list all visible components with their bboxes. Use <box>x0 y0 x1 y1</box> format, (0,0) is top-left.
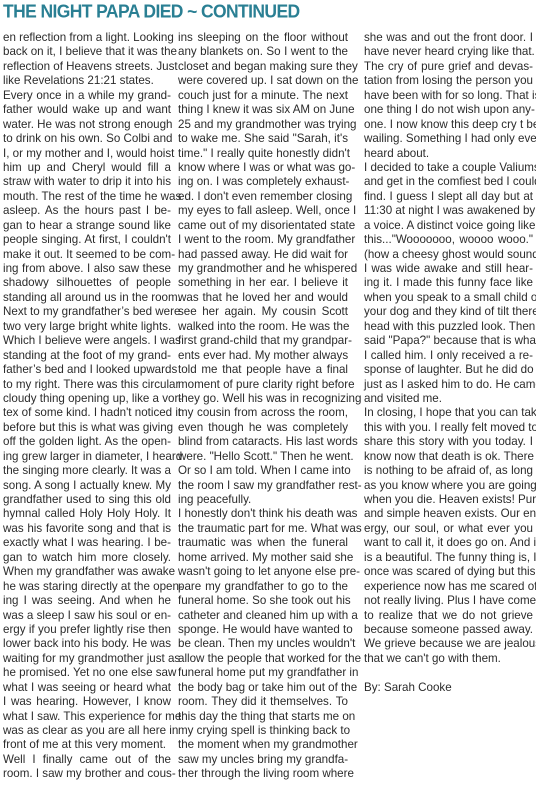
article-text-line: said "Papa?" because that is what <box>364 334 533 348</box>
article-text-line: thing I knew it was six AM on June <box>178 103 348 117</box>
article-text-line: as you know where you are going <box>364 479 533 493</box>
article-text-line: standing all around us in the room. <box>3 291 171 305</box>
article-text-line: even though he was completely <box>178 421 348 435</box>
article-text-line: waiting for my grandmother just as <box>3 652 171 666</box>
article-text-line: what I saw. This experience for me <box>3 710 171 724</box>
article-title: THE NIGHT PAPA DIED ~ CONTINUED <box>3 1 300 22</box>
article-text-line: straw with water to drip it into his <box>3 175 171 189</box>
article-text-line: want to call it, it does go on. And it <box>364 536 533 550</box>
article-text-line: Every once in a while my grand- <box>3 89 171 103</box>
article-text-line: before but this is what was giving <box>3 421 171 435</box>
article-text-line: when you speak to a small child or <box>364 291 533 305</box>
article-text-line: mouth. The rest of the time he was <box>3 190 171 204</box>
article-text-line: wailing. Something I had only ever <box>364 132 533 146</box>
article-text-line: they go. Well his was in recognizing <box>178 392 348 406</box>
article-text-line: this..."Wooooooo, woooo wooo." <box>364 233 533 247</box>
article-text-line: make it out. It seemed to be com- <box>3 248 171 262</box>
article-text-line: the room I saw my grandfather rest- <box>178 479 348 493</box>
article-column-1: en reflection from a light. Lookingback … <box>3 31 171 782</box>
article-text-line: came out of my disorientated state <box>178 219 348 233</box>
article-text-line: my grandmother and he whispered <box>178 262 348 276</box>
article-text-line: ther through the living room where <box>178 767 348 781</box>
article-text-line: have been with for so long. That is <box>364 89 533 103</box>
article-text-line: time." I really quite honestly didn't <box>178 147 348 161</box>
article-text-line: walked into the room. He was the <box>178 320 348 334</box>
article-text-line: heard about. <box>364 147 533 161</box>
article-text-line: sponse of laughter. But he did do <box>364 363 533 377</box>
article-text-line: was as clear as you are all here in <box>3 724 171 738</box>
article-text-line: en reflection from a light. Looking <box>3 31 171 45</box>
article-text-line: ed. I don't even remember closing <box>178 190 348 204</box>
article-text-line: and simple heaven exists. Our en- <box>364 507 533 521</box>
article-text-line: ing on. I was completely exhaust- <box>178 175 348 189</box>
article-text-line: is a beautiful. The funny thing is, I <box>364 551 533 565</box>
article-text-line: share this story with you today. I <box>364 435 533 449</box>
article-text-line: saw my uncles bring my grandfa- <box>178 753 348 767</box>
article-text-line: Which I believe were angels. I was <box>3 334 171 348</box>
article-text-line: something in her ear. I believe it <box>178 276 348 290</box>
article-text-line: not really living. Plus I have come <box>364 594 533 608</box>
article-text-line: couch just for a minute. The next <box>178 89 348 103</box>
article-text-line: to realize that we do not grieve <box>364 609 533 623</box>
article-text-line: lower back into his body. He was <box>3 637 171 651</box>
article-text-line: The cry of pure grief and devas- <box>364 60 533 74</box>
article-text-line: gan to hear a strange sound like <box>3 219 171 233</box>
article-text-line: first grand-child that my grandpar- <box>178 334 348 348</box>
article-text-line: a voice. A distinct voice going like <box>364 219 533 233</box>
article-text-line: had passed away. He did wait for <box>178 248 348 262</box>
article-text-line: room. They did it themselves. To <box>178 695 348 709</box>
article-text-line: know now that death is ok. There <box>364 450 533 464</box>
article-text-line: Well I finally came out of the <box>3 753 171 767</box>
article-text-line: ing it. I made this funny face like <box>364 276 533 290</box>
article-text-line: father would wake up and want <box>3 103 171 117</box>
article-text-line: sponge. He would have wanted to <box>178 623 348 637</box>
article-text-line: he was staring directly at the open- <box>3 580 171 594</box>
article-text-line: In closing, I hope that you can take <box>364 406 533 420</box>
article-text-line: to my right. There was this circular <box>3 378 171 392</box>
article-text-line: once was scared of dying but this <box>364 565 533 579</box>
article-text-line: just as I asked him to do. He came <box>364 378 533 392</box>
article-text-line: find. I guess I slept all day but at <box>364 190 533 204</box>
article-text-line: know where I was or what was go- <box>178 161 348 175</box>
article-text-line: ins sleeping on the floor without <box>178 31 348 45</box>
article-text-line: asleep. As the hours past I be- <box>3 204 171 218</box>
article-text-line: (how a cheesy ghost would sound) <box>364 248 533 262</box>
article-text-line: be clean. Then my uncles wouldn't <box>178 637 348 651</box>
article-text-line: 11:30 at night I was awakened by <box>364 204 533 218</box>
article-text-line: catheter and cleaned him up with a <box>178 609 348 623</box>
article-text-line: off the golden light. As the open- <box>3 435 171 449</box>
article-text-line: people singing. At first, I couldn't <box>3 233 171 247</box>
article-text-line: standing at the foot of my grand- <box>3 349 171 363</box>
article-text-line: ents ever had. My mother always <box>178 349 348 363</box>
article-text-line: I called him. I only received a re- <box>364 349 533 363</box>
article-text-line: was his favorite song and that is <box>3 522 171 536</box>
article-text-line: father’s bed and I looked upwards <box>3 363 171 377</box>
article-text-line: were covered up. I sat down on the <box>178 74 348 88</box>
article-text-line: like Revelations 21:21 states. <box>3 74 171 88</box>
article-text-line: that we can't go with them. <box>364 652 533 666</box>
article-text-line: the traumatic part for me. What was <box>178 522 348 536</box>
article-text-line: two very large bright white lights. <box>3 320 171 334</box>
article-text-line: have never heard crying like that. <box>364 45 533 59</box>
article-text-line: any blankets on. So I went to the <box>178 45 348 59</box>
article-text-line: and get in the comfiest bed I could <box>364 175 533 189</box>
article-text-line: the moment when my grandmother <box>178 738 348 752</box>
article-text-line: were. "Hello Scott." Then he went. <box>178 450 348 464</box>
article-text-line: We grieve because we are jealous <box>364 637 533 651</box>
article-text-line: tation from losing the person you <box>364 74 533 88</box>
article-text-line: experience now has me scared of <box>364 580 533 594</box>
article-text-line: my cousin from across the room, <box>178 406 348 420</box>
article-text-line: I was wide awake and still hear- <box>364 262 533 276</box>
article-text-line: ing I was seeing. And when he <box>3 594 171 608</box>
article-text-line: this day the thing that starts me on <box>178 710 348 724</box>
article-text-line: allow the people that worked for the <box>178 652 348 666</box>
article-text-line: I went to the room. My grandfather <box>178 233 348 247</box>
article-text-line: gan to watch him more closely. <box>3 551 171 565</box>
article-text-line: is nothing to be afraid of, as long <box>364 464 533 478</box>
article-column-2: ins sleeping on the floor withoutany bla… <box>178 31 348 782</box>
article-text-line: see her again. My cousin Scott <box>178 305 348 319</box>
spacer <box>364 666 533 680</box>
article-text-line: was that he loved her and would <box>178 291 348 305</box>
article-text-line: he promised. Yet no one else saw <box>3 666 171 680</box>
article-text-line: tex of some kind. I hadn't noticed it <box>3 406 171 420</box>
author-byline: By: Sarah Cooke <box>364 681 533 695</box>
article-text-line: when you die. Heaven exists! Pure <box>364 493 533 507</box>
article-text-line: funeral home put my grandfather in <box>178 666 348 680</box>
article-text-line: my crying spell is thinking back to <box>178 724 348 738</box>
article-text-line: I honestly don't think his death was <box>178 507 348 521</box>
article-text-line: hymnal called Holy Holy Holy. It <box>3 507 171 521</box>
article-text-line: water. He was not strong enough <box>3 118 171 132</box>
article-text-line: Next to my grandfather’s bed were <box>3 305 171 319</box>
article-text-line: reflection of Heavens streets. Just <box>3 60 171 74</box>
article-text-line: because someone passed away. <box>364 623 533 637</box>
article-text-line: my eyes to fall asleep. Well, once I <box>178 204 348 218</box>
article-text-line: blind from cataracts. His last words <box>178 435 348 449</box>
article-text-line: head with this puzzled look. Then I <box>364 320 533 334</box>
article-text-line: grandfather used to sing this old <box>3 493 171 507</box>
article-text-line: cloudy thing opening up, like a vor- <box>3 392 171 406</box>
article-text-line: told me that people have a final <box>178 363 348 377</box>
article-text-line: home arrived. My mother said she <box>178 551 348 565</box>
article-column-3: she was and out the front door. Ihave ne… <box>364 31 533 695</box>
article-text-line: Or so I am told. When I came into <box>178 464 348 478</box>
article-text-line: ing from above. I also saw these <box>3 262 171 276</box>
article-text-line: was a sleep I saw his soul or en- <box>3 609 171 623</box>
article-text-line: ing peacefully. <box>178 493 348 507</box>
article-text-line: traumatic was when the funeral <box>178 536 348 550</box>
article-text-line: I, or my mother and I, would hoist <box>3 147 171 161</box>
article-text-line: moment of pure clarity right before <box>178 378 348 392</box>
article-text-line: exactly what I was hearing. I be- <box>3 536 171 550</box>
article-text-line: your dog and they kind of tilt there <box>364 305 533 319</box>
article-text-line: When my grandfather was awake <box>3 565 171 579</box>
article-text-line: one thing I do not wish upon any- <box>364 103 533 117</box>
article-text-line: I was hearing. However, I know <box>3 695 171 709</box>
article-text-line: one. I now know this deep cry t be <box>364 118 533 132</box>
article-text-line: front of me at this very moment. <box>3 738 171 752</box>
article-text-line: him up and Cheryl would fill a <box>3 161 171 175</box>
article-text-line: song. A song I actually knew. My <box>3 479 171 493</box>
article-text-line: ing grew larger in diameter, I heard <box>3 450 171 464</box>
article-text-line: the body bag or take him out of the <box>178 681 348 695</box>
article-text-line: wasn't going to let anyone else pre- <box>178 565 348 579</box>
article-text-line: closet and began making sure they <box>178 60 348 74</box>
article-text-line: I decided to take a couple Valiums <box>364 161 533 175</box>
article-text-line: 25 and my grandmother was trying <box>178 118 348 132</box>
article-text-line: to wake me. She said "Sarah, it's <box>178 132 348 146</box>
article-text-line: the singing more clearly. It was a <box>3 464 171 478</box>
article-text-line: this with you. I really felt moved to <box>364 421 533 435</box>
article-text-line: pare my grandfather to go to the <box>178 580 348 594</box>
article-text-line: funeral home. So she took out his <box>178 594 348 608</box>
article-text-line: to drink on his own. So Colbi and <box>3 132 171 146</box>
article-text-line: room. I saw my brother and cous- <box>3 767 171 781</box>
article-text-line: what I was seeing or heard what <box>3 681 171 695</box>
article-text-line: ergy, our soul, or what ever you <box>364 522 533 536</box>
article-text-line: she was and out the front door. I <box>364 31 533 45</box>
article-text-line: and visited me. <box>364 392 533 406</box>
article-text-line: shadowy silhouettes of people <box>3 276 171 290</box>
article-text-line: back on it, I believe that it was the <box>3 45 171 59</box>
article-text-line: ergy if you prefer lightly rise then <box>3 623 171 637</box>
